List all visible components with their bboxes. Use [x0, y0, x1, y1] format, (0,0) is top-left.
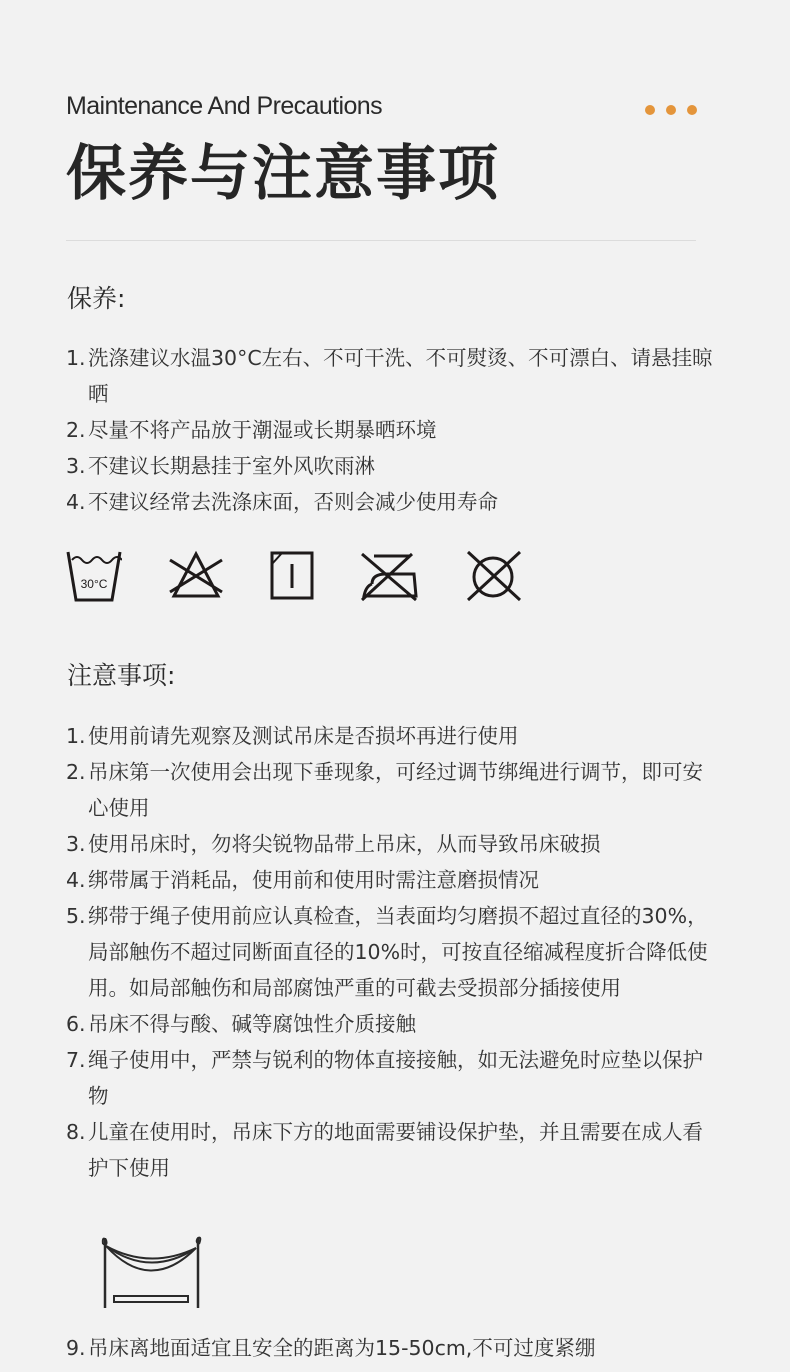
list-item: 9.吊床离地面适宜且安全的距离为15-50cm,不可过度紧绷 [66, 1330, 716, 1366]
hammock-height-icon [100, 1234, 204, 1312]
maintenance-list: 1.洗涤建议水温30°C左右、不可干洗、不可熨烫、不可漂白、请悬挂晾晒 2.尽量… [66, 340, 716, 520]
no-dry-clean-icon [466, 550, 522, 604]
wash-30-icon: 30°C [66, 550, 122, 604]
list-item: 6.吊床不得与酸、碱等腐蚀性介质接触 [66, 1006, 716, 1042]
subtitle: Maintenance And Precautions [66, 92, 382, 121]
no-bleach-icon [168, 550, 224, 604]
list-item: 7.绳子使用中，严禁与锐利的物体直接接触，如无法避免时应垫以保护物 [66, 1042, 716, 1114]
list-item: 1.使用前请先观察及测试吊床是否损坏再进行使用 [66, 718, 716, 754]
list-item: 5.绑带于绳子使用前应认真检查，当表面均匀磨损不超过直径的30%，局部触伤不超过… [66, 898, 716, 1006]
divider [66, 240, 696, 241]
list-item: 3.不建议长期悬挂于室外风吹雨淋 [66, 448, 716, 484]
precautions-list: 1.使用前请先观察及测试吊床是否损坏再进行使用 2.吊床第一次使用会出现下垂现象… [66, 718, 716, 1186]
dot-icon [687, 105, 697, 115]
list-item: 4.不建议经常去洗涤床面，否则会减少使用寿命 [66, 484, 716, 520]
dot-icon [666, 105, 676, 115]
list-item: 8.儿童在使用时，吊床下方的地面需要铺设保护垫，并且需要在成人看护下使用 [66, 1114, 716, 1186]
line-dry-icon [270, 550, 314, 602]
list-item: 3.使用吊床时，勿将尖锐物品带上吊床，从而导致吊床破损 [66, 826, 716, 862]
dot-icon [645, 105, 655, 115]
list-item: 4.绑带属于消耗品，使用前和使用时需注意磨损情况 [66, 862, 716, 898]
decorative-dots [645, 105, 697, 115]
list-item: 2.尽量不将产品放于潮湿或长期暴晒环境 [66, 412, 716, 448]
list-item: 2.吊床第一次使用会出现下垂现象，可经过调节绑绳进行调节，即可安心使用 [66, 754, 716, 826]
precautions-final: 9.吊床离地面适宜且安全的距离为15-50cm,不可过度紧绷 [66, 1330, 716, 1366]
svg-text:30°C: 30°C [81, 577, 108, 591]
no-iron-icon [360, 550, 420, 604]
page-title: 保养与注意事项 [66, 138, 500, 210]
care-icons: 30°C [66, 550, 522, 604]
precautions-heading: 注意事项: [67, 656, 175, 692]
maintenance-heading: 保养: [67, 279, 125, 315]
list-item: 1.洗涤建议水温30°C左右、不可干洗、不可熨烫、不可漂白、请悬挂晾晒 [66, 340, 716, 412]
